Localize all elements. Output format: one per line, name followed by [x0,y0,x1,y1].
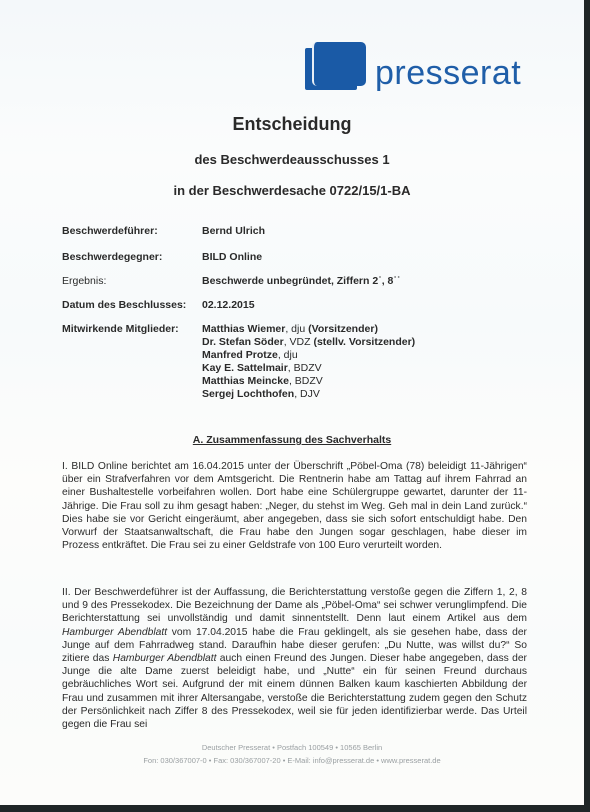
member-item: Kay E. Sattelmair, BDZV [202,362,415,375]
logo-text: presserat [375,54,521,93]
date-value: 02.12.2015 [202,299,255,311]
presserat-logo-icon [305,42,365,90]
date-label: Datum des Beschlusses: [62,299,186,311]
member-item: Matthias Wiemer, dju (Vorsitzender) [202,323,415,336]
page-title: Entscheidung [0,114,584,135]
members-label: Mitwirkende Mitglieder: [62,323,179,335]
section-a-heading: A. Zusammenfassung des Sachverhalts [0,434,584,446]
members-list: Matthias Wiemer, dju (Vorsitzender) Dr. … [202,323,415,401]
document-page: presserat Entscheidung des Beschwerdeaus… [0,0,584,805]
presserat-logo: presserat [305,42,525,94]
paragraph-2: II. Der Beschwerdeführer ist der Auffass… [62,586,527,731]
paragraph-1: I. BILD Online berichtet am 16.04.2015 u… [62,460,527,552]
result-value: Beschwerde unbegründet, Ziffern 2˙, 8˙˙ [202,275,400,287]
respondent-label: Beschwerdegegner: [62,251,162,263]
member-item: Dr. Stefan Söder, VDZ (stellv. Vorsitzen… [202,336,415,349]
member-item: Manfred Protze, dju [202,349,415,362]
complainant-label: Beschwerdeführer: [62,225,158,237]
member-item: Sergej Lochthofen, DJV [202,388,415,401]
result-label: Ergebnis: [62,275,106,287]
footer-address: Deutscher Presserat • Postfach 100549 • … [0,743,584,752]
case-number: in der Beschwerdesache 0722/15/1-BA [0,183,584,198]
member-item: Matthias Meincke, BDZV [202,375,415,388]
committee-subtitle: des Beschwerdeausschusses 1 [0,152,584,167]
respondent-value: BILD Online [202,251,262,263]
complainant-value: Bernd Ulrich [202,225,265,237]
footer-contact: Fon: 030/367007-0 • Fax: 030/367007-20 •… [0,756,584,765]
